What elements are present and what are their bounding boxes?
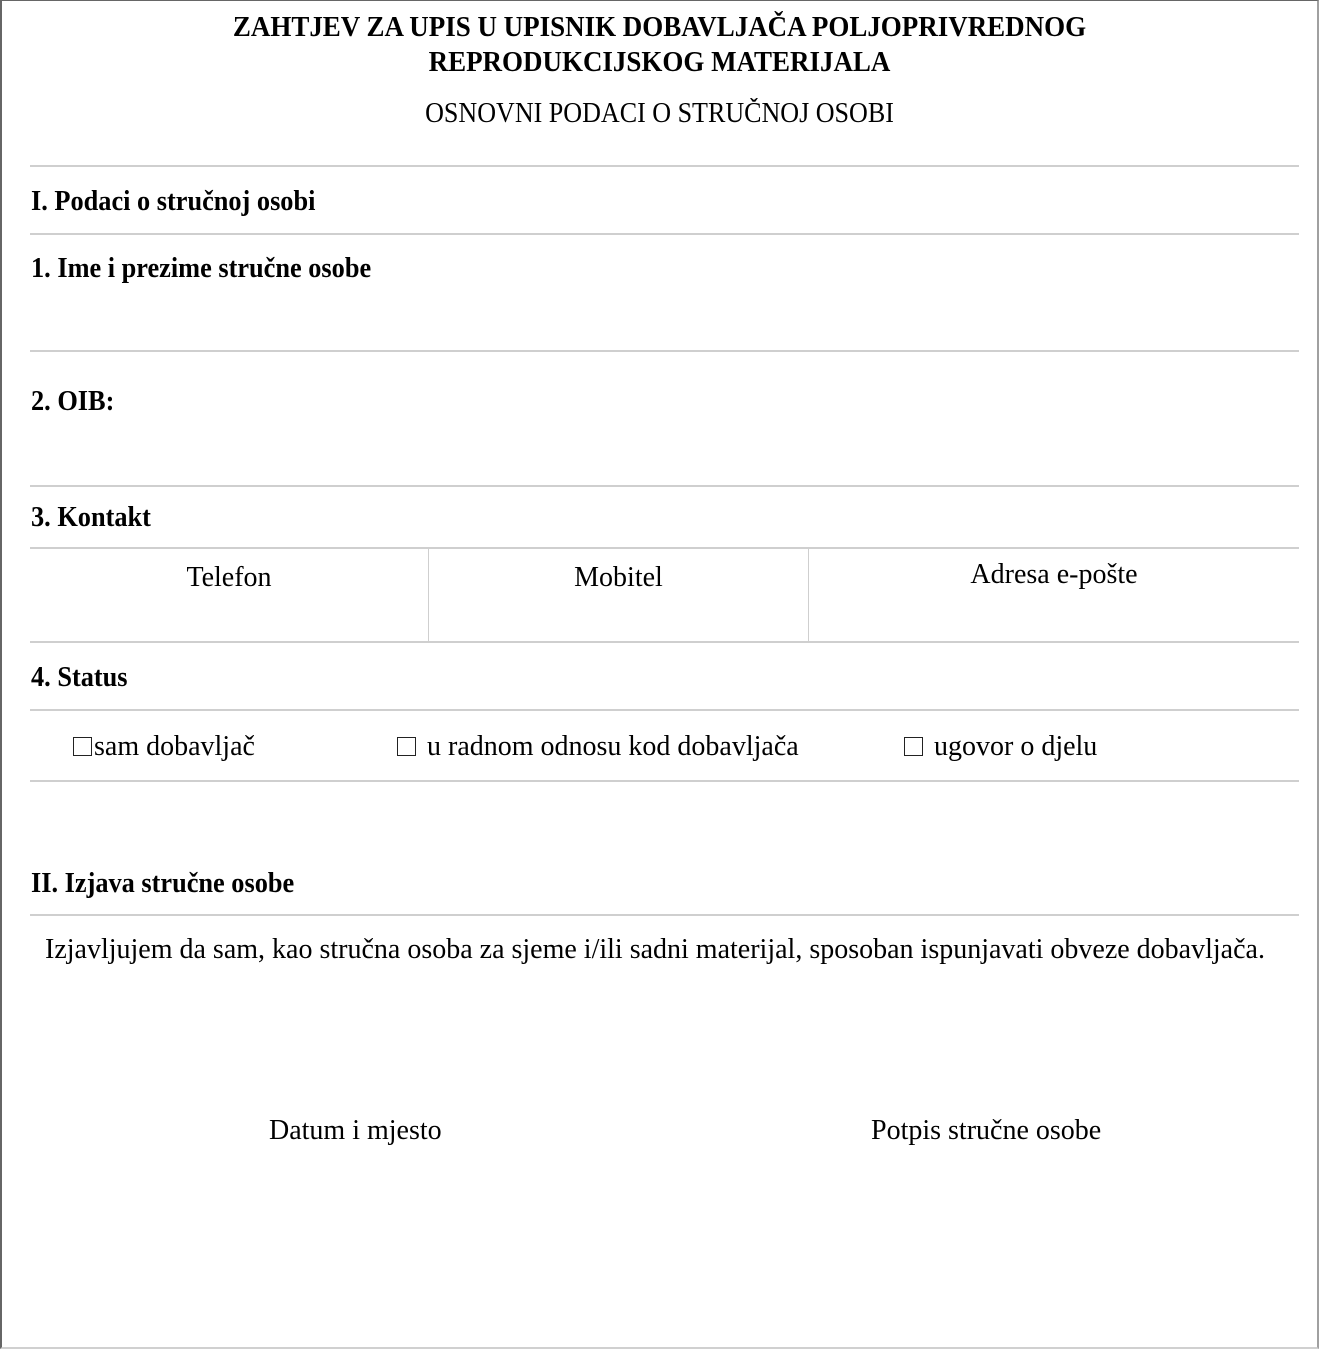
divider <box>30 350 1299 352</box>
statement-text: Izjavljujem da sam, kao stručna osoba za… <box>45 932 1298 968</box>
date-place-label: Datum i mjesto <box>269 1115 442 1147</box>
divider <box>30 780 1299 782</box>
status-option-label: sam dobavljač <box>94 731 255 762</box>
status-option-label: u radnom odnosu kod dobavljača <box>427 731 799 762</box>
divider <box>30 641 1299 643</box>
status-option-sam-dobavljac[interactable]: sam dobavljač <box>73 731 255 763</box>
mobitel-label: Mobitel <box>429 562 808 594</box>
contact-cell-email[interactable]: Adresa e-pošte <box>809 549 1299 641</box>
contact-cell-mobitel[interactable]: Mobitel <box>429 549 808 641</box>
name-field-label: 1. Ime i prezime stručne osobe <box>31 253 371 285</box>
contact-label: 3. Kontakt <box>31 502 151 534</box>
email-label: Adresa e-pošte <box>809 559 1299 591</box>
contact-cell-telefon[interactable]: Telefon <box>30 549 428 641</box>
empty-checkbox-icon[interactable] <box>73 737 92 756</box>
divider <box>30 233 1299 235</box>
signature-label: Potpis stručne osobe <box>871 1115 1101 1147</box>
document-subtitle: OSNOVNI PODACI O STRUČNOJ OSOBI <box>46 96 1273 132</box>
oib-field-label: 2. OIB: <box>31 386 114 418</box>
title-line-1: ZAHTJEV ZA UPIS U UPISNIK DOBAVLJAČA POL… <box>46 10 1273 45</box>
divider <box>30 709 1299 711</box>
status-option-ugovor-o-djelu[interactable]: ugovor o djelu <box>904 731 1097 763</box>
section-1-heading: I. Podaci o stručnoj osobi <box>31 186 315 218</box>
name-field[interactable] <box>30 288 1299 348</box>
telefon-label: Telefon <box>30 562 428 594</box>
document-title: ZAHTJEV ZA UPIS U UPISNIK DOBAVLJAČA POL… <box>46 10 1273 80</box>
status-label: 4. Status <box>31 662 128 694</box>
oib-field[interactable] <box>200 370 1299 480</box>
divider <box>30 165 1299 167</box>
title-line-2: REPRODUKCIJSKOG MATERIJALA <box>46 45 1273 80</box>
section-2-heading: II. Izjava stručne osobe <box>31 868 294 900</box>
empty-checkbox-icon[interactable] <box>904 737 923 756</box>
date-place-field[interactable] <box>180 1150 560 1270</box>
signature-field[interactable] <box>800 1150 1200 1270</box>
divider <box>30 914 1299 916</box>
empty-checkbox-icon[interactable] <box>397 737 416 756</box>
status-option-label: ugovor o djelu <box>934 731 1097 762</box>
status-option-radni-odnos[interactable]: u radnom odnosu kod dobavljača <box>397 731 799 763</box>
divider <box>30 485 1299 487</box>
